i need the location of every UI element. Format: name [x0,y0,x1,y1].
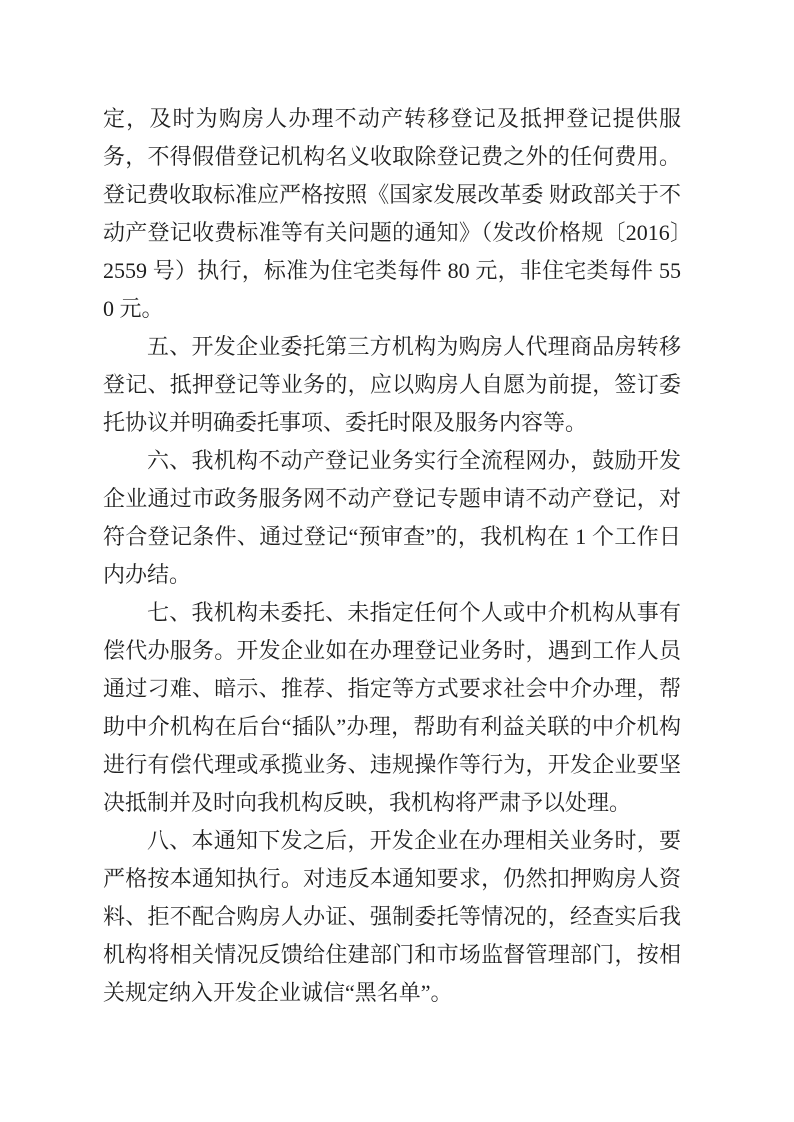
document-body: 定，及时为购房人办理不动产转移登记及抵押登记提供服务，不得假借登记机构名义收取除… [103,100,681,1012]
paragraph-3: 六、我机构不动产登记业务实行全流程网办，鼓励开发企业通过市政务服务网不动产登记专… [103,442,681,594]
paragraph-2: 五、开发企业委托第三方机构为购房人代理商品房转移登记、抵押登记等业务的，应以购房… [103,328,681,442]
paragraph-1: 定，及时为购房人办理不动产转移登记及抵押登记提供服务，不得假借登记机构名义收取除… [103,100,681,328]
document-page: 定，及时为购房人办理不动产转移登记及抵押登记提供服务，不得假借登记机构名义收取除… [0,0,794,1122]
paragraph-4: 七、我机构未委托、未指定任何个人或中介机构从事有偿代办服务。开发企业如在办理登记… [103,594,681,822]
paragraph-5: 八、本通知下发之后，开发企业在办理相关业务时，要严格按本通知执行。对违反本通知要… [103,822,681,1012]
